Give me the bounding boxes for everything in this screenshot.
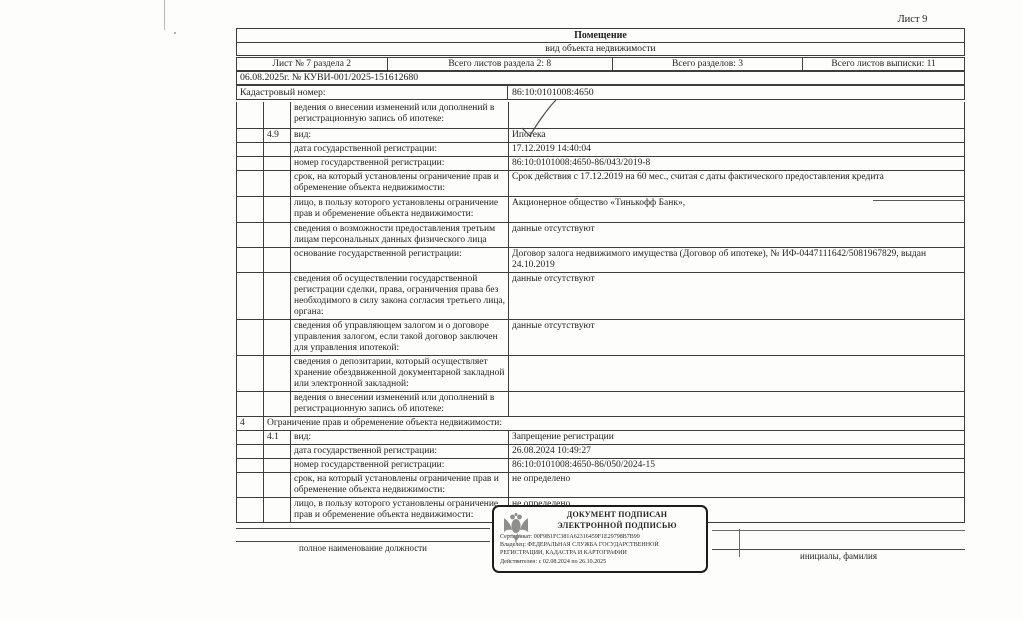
row-value-cell [509,102,964,128]
sheet-info-cell: Лист № 7 раздела 2 [236,57,388,71]
extract-date-number: 06.08.2025г. № КУВИ-001/2025-151612680 [236,71,965,85]
cadastral-label: Кадастровый номер: [236,85,508,100]
table-row: основание государственной регистрации: Д… [237,248,964,273]
row-item-number-cell [264,356,291,391]
table-row: срок, на который установлены ограничение… [237,473,964,498]
row-item-number-cell [264,157,291,170]
row-item-number-cell [264,102,291,128]
table-row: сведения об осуществлении государственно… [237,273,964,320]
row-label-cell: лицо, в пользу которого установлены огра… [291,498,509,522]
row-section-number-cell [237,392,264,416]
table-row: срок, на который установлены ограничение… [237,171,964,197]
row-section-number-cell [237,197,264,222]
row-label-cell: сведения о возможности предоставления тр… [291,223,509,247]
row-section-number-cell [237,248,264,272]
cadastral-row: Кадастровый номер: 86:10:0101008:4650 [236,85,965,100]
row-section-number-cell [237,273,264,319]
row-section-number-cell [237,102,264,128]
row-section-number-cell [237,171,264,196]
row-item-number-cell [264,459,291,472]
stamp-validity: Действителен: с 02.08.2024 по 26.10.2025 [500,558,700,566]
row-section-number-cell [237,473,264,497]
row-value-cell: данные отсутствуют [509,273,964,319]
row-label-cell: дата государственной регистрации: [291,143,509,156]
table-row: 4.9 вид: Ипотека [237,129,964,143]
object-type-caption: вид объекта недвижимости [237,43,964,56]
row-label-cell: срок, на который установлены ограничение… [291,473,509,497]
table-row: ведения о внесении изменений или дополне… [237,392,964,417]
row-item-number-cell [264,248,291,272]
cadastral-value: 86:10:0101008:4650 [508,85,965,100]
row-item-number-cell [264,498,291,522]
row-section-number-cell [237,223,264,247]
scan-artifact-line [164,0,165,30]
row-value-cell [509,392,964,416]
row-item-number-cell [264,392,291,416]
stamp-title-line1: ДОКУМЕНТ ПОДПИСАН [534,510,700,521]
row-item-number-cell [264,320,291,355]
stamp-owner-line1: Владелец: ФЕДЕРАЛЬНАЯ СЛУЖБА ГОСУДАРСТВЕ… [500,541,700,549]
row-value-cell: Срок действия с 17.12.2019 на 60 мес., с… [509,171,964,196]
row-label-cell: номер государственной регистрации: [291,157,509,170]
table-row: номер государственной регистрации: 86:10… [237,459,964,473]
row-label-cell: ведения о внесении изменений или дополне… [291,392,509,416]
scan-artifact-cell-line [873,200,965,201]
row-value-cell: 26.08.2024 10:49:27 [509,445,964,458]
row-item-number-cell [264,171,291,196]
row-section-number-cell [237,459,264,472]
row-item-number-cell [264,445,291,458]
stamp-owner-line2: РЕГИСТРАЦИИ, КАДАСТРА И КАРТОГРАФИИ [500,549,700,557]
signature-line-left-top [236,528,490,529]
signature-line-right [712,549,965,550]
row-section-number-cell [237,431,264,444]
table-row: сведения о возможности предоставления тр… [237,223,964,248]
total-sheets-cell: Всего листов выписки: 11 [803,57,965,71]
table-row: 4.1 вид: Запрещение регистрации [237,431,964,445]
stamp-certificate: Сертификат: 00F9B1FC381A62316459F1E29798… [500,533,700,541]
sheets-info-row: Лист № 7 раздела 2 Всего листов раздела … [236,57,965,71]
row-value-cell: Договор залога недвижимого имущества (До… [509,248,964,272]
row-value-cell: 17.12.2019 14:40:04 [509,143,964,156]
table-section-row: 4 Ограничение прав и обременение объекта… [237,417,964,431]
row-value-cell: Запрещение регистрации [509,431,964,444]
section-sheets-cell: Всего листов раздела 2: 8 [388,57,613,71]
signature-line-left [236,541,490,542]
initials-surname-label: инициалы, фамилия [712,551,965,561]
row-section-number-cell [237,143,264,156]
row-label-cell: дата государственной регистрации: [291,445,509,458]
row-label-cell: срок, на который установлены ограничение… [291,171,509,196]
row-section-number-cell [237,129,264,142]
table-row: номер государственной регистрации: 86:10… [237,157,964,171]
row-label-cell: сведения об осуществлении государственно… [291,273,509,319]
table-row: дата государственной регистрации: 26.08.… [237,445,964,459]
sheet-number: Лист 9 [860,14,965,25]
row-label-cell: основание государственной регистрации: [291,248,509,272]
row-label-cell: лицо, в пользу которого установлены огра… [291,197,509,222]
digital-signature-stamp: ДОКУМЕНТ ПОДПИСАН ЭЛЕКТРОННОЙ ПОДПИСЬЮ С… [492,505,708,573]
row-item-number-cell [264,273,291,319]
section-number-cell: 4 [237,417,264,430]
row-item-number-cell [264,143,291,156]
coat-of-arms-icon [503,511,529,543]
row-item-number-cell [264,473,291,497]
position-title-label: полное наименование должности [236,543,490,553]
section-title-cell: Ограничение прав и обременение объекта н… [264,417,964,430]
table-row: сведения о депозитарии, который осуществ… [237,356,964,392]
scan-artifact-signature-vline [739,529,740,557]
object-type: Помещение [237,29,964,43]
row-value-cell: 86:10:0101008:4650-86/043/2019-8 [509,157,964,170]
row-section-number-cell [237,157,264,170]
row-label-cell: номер государственной регистрации: [291,459,509,472]
table-row: дата государственной регистрации: 17.12.… [237,143,964,157]
row-section-number-cell [237,445,264,458]
stamp-title-line2: ЭЛЕКТРОННОЙ ПОДПИСЬЮ [534,521,700,532]
row-item-number-cell: 4.1 [264,431,291,444]
row-label-cell: вид: [291,431,509,444]
row-section-number-cell [237,356,264,391]
row-label-cell: ведения о внесении изменений или дополне… [291,102,509,128]
row-label-cell: сведения об управляющем залогом и о дого… [291,320,509,355]
total-sections-cell: Всего разделов: 3 [613,57,803,71]
row-item-number-cell [264,223,291,247]
row-value-cell: данные отсутствуют [509,320,964,355]
row-value-cell: не определено [509,473,964,497]
row-value-cell: данные отсутствуют [509,223,964,247]
row-section-number-cell [237,498,264,522]
table-row: ведения о внесении изменений или дополне… [237,102,964,129]
row-label-cell: сведения о депозитарии, который осуществ… [291,356,509,391]
scan-artifact-dot [174,32,176,34]
row-value-cell: 86:10:0101008:4650-86/050/2024-15 [509,459,964,472]
row-item-number-cell [264,197,291,222]
row-label-cell: вид: [291,129,509,142]
row-section-number-cell [237,320,264,355]
table-row: лицо, в пользу которого установлены огра… [237,197,964,223]
signature-line-right-top [712,530,965,531]
object-type-box: Помещение вид объекта недвижимости [236,28,965,56]
table-row: сведения об управляющем залогом и о дого… [237,320,964,356]
encumbrance-table: ведения о внесении изменений или дополне… [236,102,965,523]
row-item-number-cell: 4.9 [264,129,291,142]
row-value-cell: Ипотека [509,129,964,142]
row-value-cell [509,356,964,391]
